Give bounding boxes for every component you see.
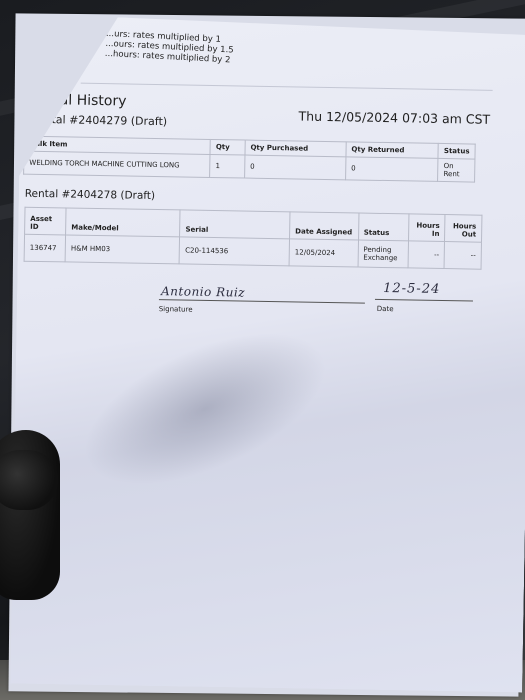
- date-label: Date: [377, 305, 394, 313]
- cell-hours-out: --: [444, 242, 481, 270]
- col-status: Status: [358, 213, 409, 241]
- col-serial: Serial: [180, 210, 290, 239]
- col-status: Status: [438, 143, 475, 159]
- hand-shadow: [62, 301, 348, 516]
- col-qty: Qty: [210, 139, 245, 155]
- col-date-assigned: Date Assigned: [290, 212, 359, 240]
- assets-table: Asset ID Make/Model Serial Date Assigned…: [24, 207, 483, 270]
- document-timestamp: Thu 12/05/2024 07:03 am CST: [298, 108, 490, 126]
- col-qty-purchased: Qty Purchased: [245, 140, 346, 157]
- cell-serial: C20-114536: [179, 237, 289, 266]
- handwritten-signature: Antonio Ruiz: [161, 284, 245, 299]
- document-title: ...al History: [46, 92, 126, 109]
- cell-asset-id: 136747: [24, 234, 66, 262]
- rental-2-heading: Rental #2404278 (Draft): [25, 188, 156, 202]
- paper-stack-back: ...urs: rates multiplied by 1 ...ours: r…: [8, 13, 525, 696]
- rental-history-document: ...urs: rates multiplied by 1 ...ours: r…: [10, 16, 525, 693]
- signature-line: [159, 299, 365, 304]
- cell-date-assigned: 12/05/2024: [289, 239, 358, 267]
- cell-status: Pending Exchange: [358, 240, 409, 268]
- gloved-thumb: [0, 450, 58, 510]
- cell-status: On Rent: [438, 158, 475, 182]
- cell-bulk-item: WELDING TORCH MACHINE CUTTING LONG: [24, 151, 211, 177]
- handwritten-date: 12-5-24: [383, 281, 440, 297]
- col-make-model: Make/Model: [66, 208, 181, 237]
- cell-qty-purchased: 0: [244, 155, 345, 180]
- cell-qty-returned: 0: [345, 157, 438, 182]
- date-line: [375, 299, 473, 302]
- col-hours-in: Hours In: [408, 214, 445, 242]
- rental-1-heading: ...ntal #2404279 (Draft): [34, 113, 167, 128]
- cell-qty: 1: [210, 154, 245, 178]
- cell-make-model: H&M HM03: [65, 235, 180, 264]
- cell-hours-in: --: [408, 241, 445, 269]
- divider: [81, 83, 493, 91]
- overtime-rate-notes: ...urs: rates multiplied by 1 ...ours: r…: [105, 29, 235, 66]
- col-qty-returned: Qty Returned: [346, 142, 439, 159]
- signature-label: Signature: [159, 305, 193, 314]
- bulk-items-table: Bulk Item Qty Qty Purchased Qty Returned…: [23, 136, 476, 183]
- col-hours-out: Hours Out: [445, 215, 482, 243]
- col-asset-id: Asset ID: [25, 207, 67, 235]
